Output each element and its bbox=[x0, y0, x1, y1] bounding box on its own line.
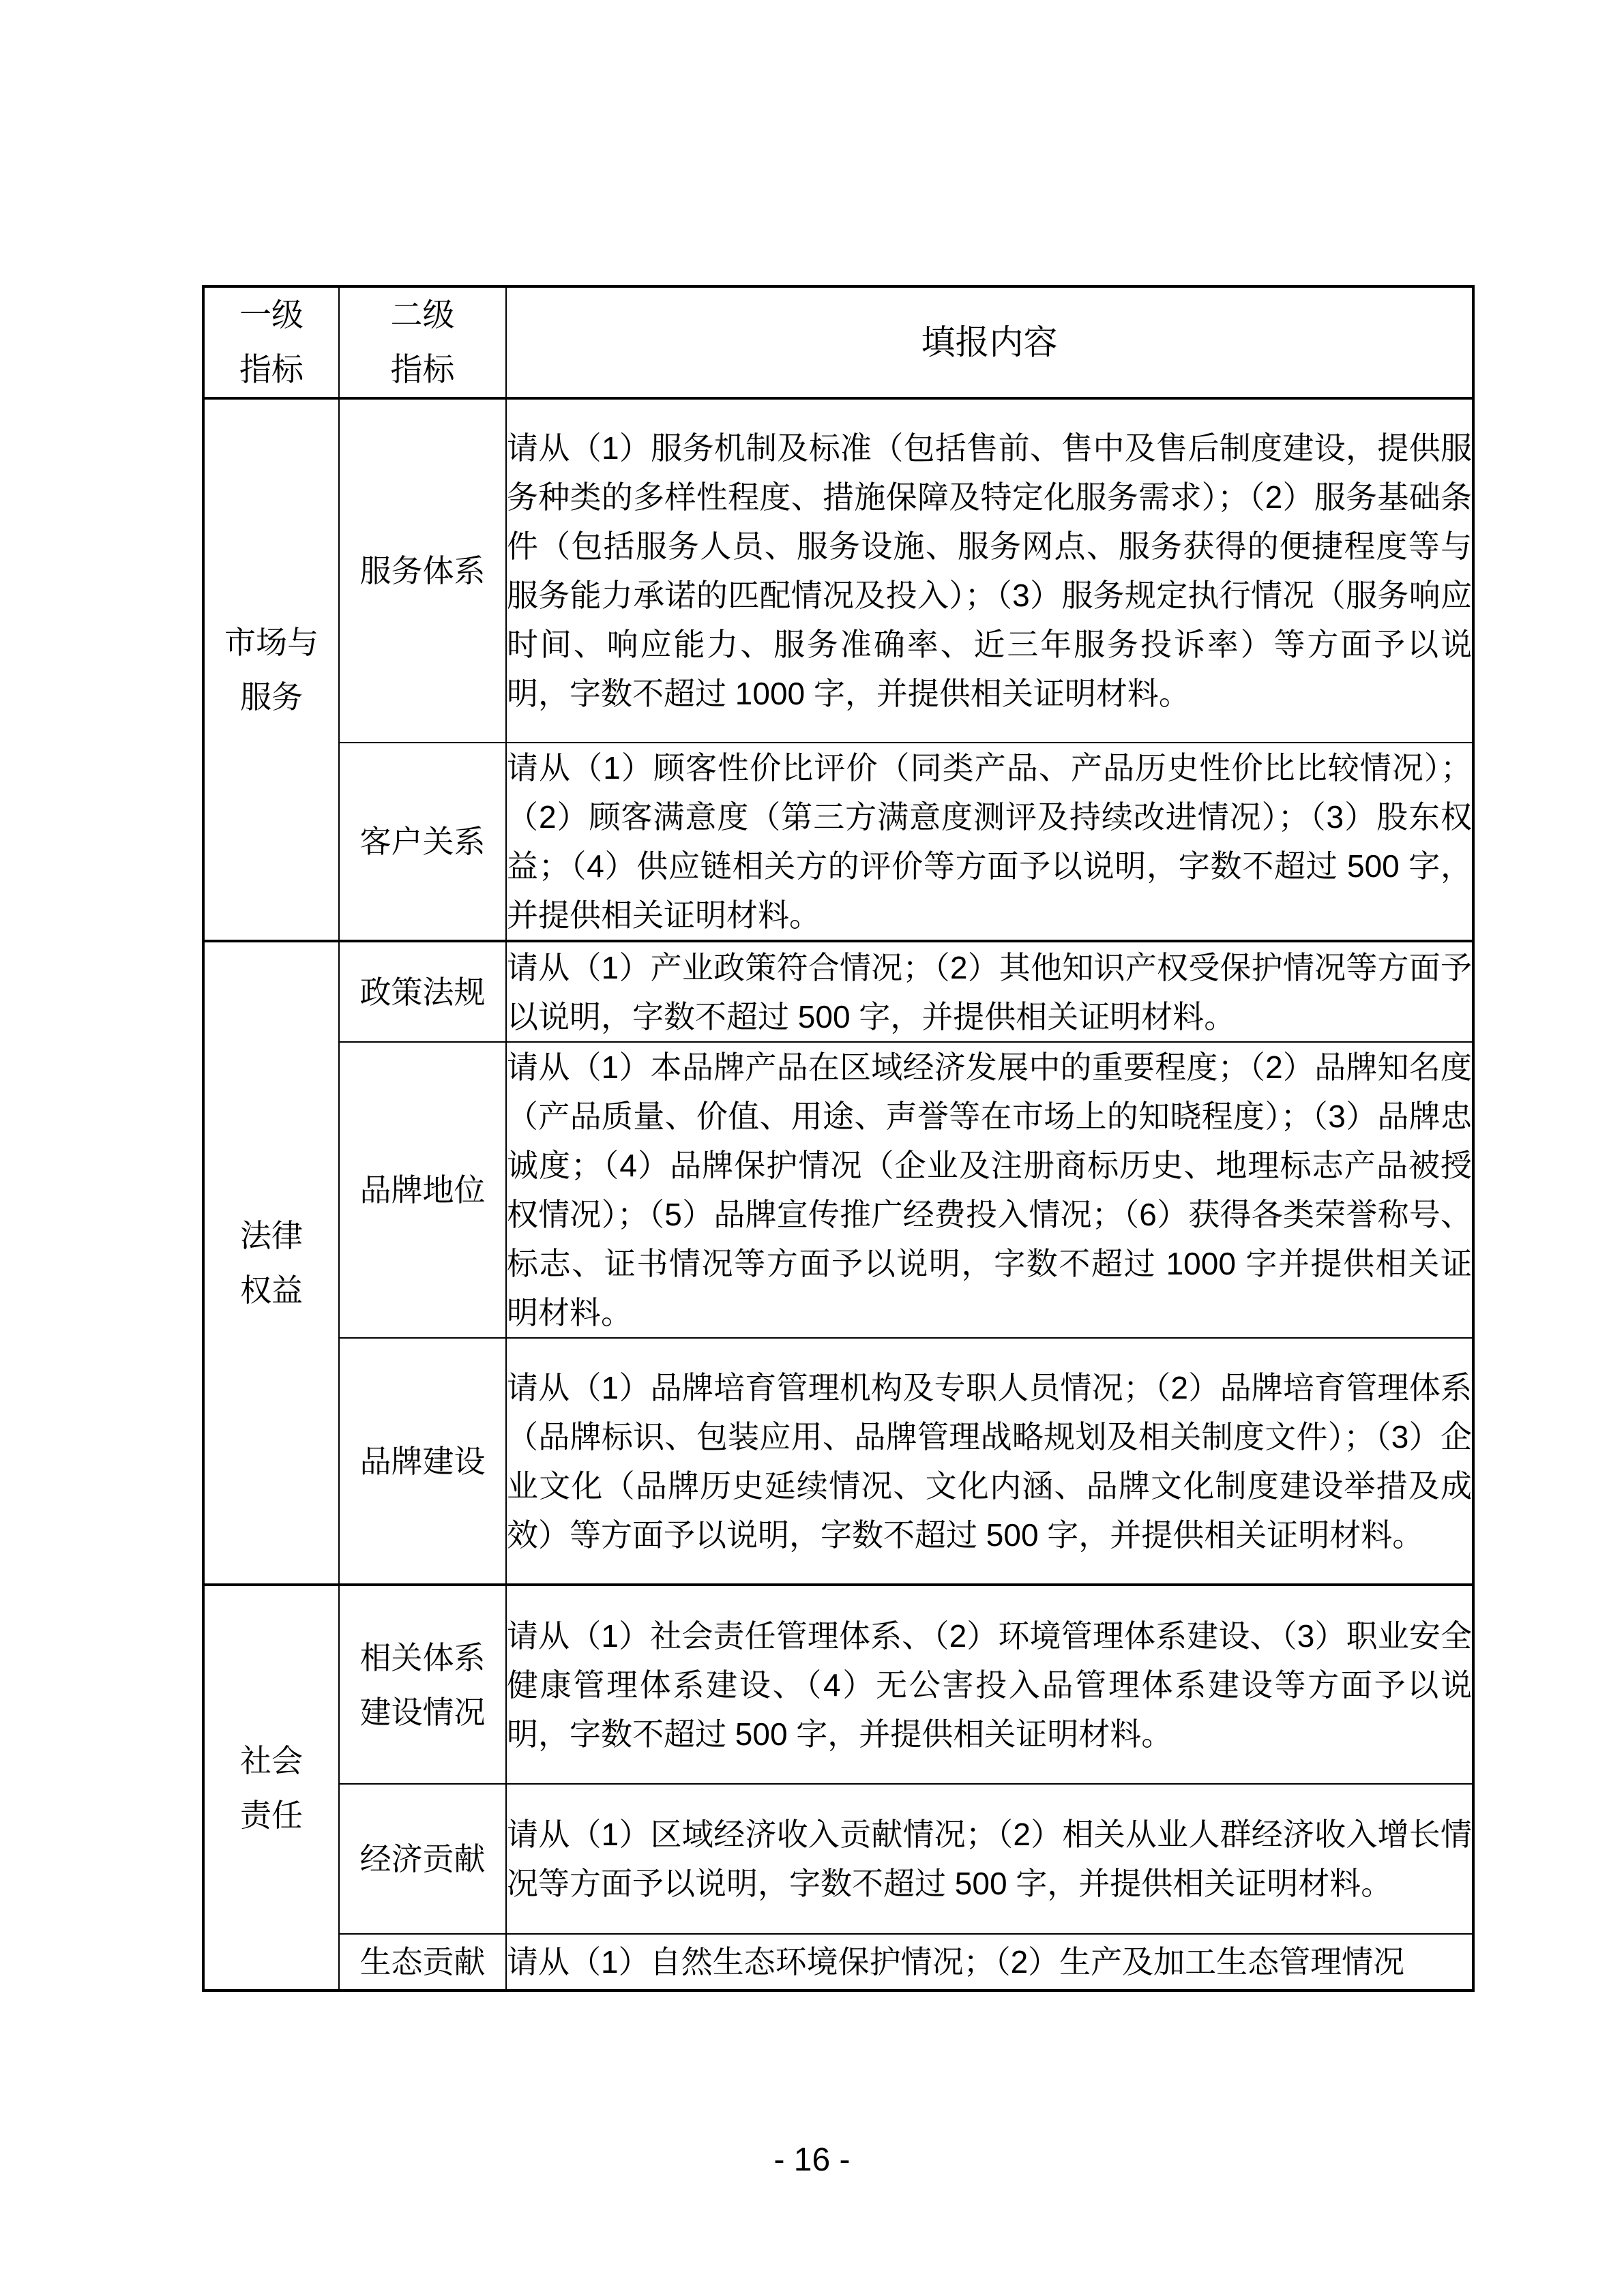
level1-cell-legal-rights: 法律 权益 bbox=[203, 941, 339, 1585]
level2-cell-brand-building: 品牌建设 bbox=[339, 1338, 506, 1585]
indicator-table: 一级 指标 二级 指标 填报内容 市场与 服务 服务体系 请从（1）服务机制及标… bbox=[202, 285, 1475, 1992]
content-cell-economic-contribution: 请从（1）区域经济收入贡献情况；（2）相关从业人群经济收入增长情况等方面予以说明… bbox=[506, 1784, 1473, 1934]
table-row: 客户关系 请从（1）顾客性价比评价（同类产品、产品历史性价比比较情况）；（2）顾… bbox=[203, 743, 1473, 941]
content-cell-ecological-contribution: 请从（1）自然生态环境保护情况；（2）生产及加工生态管理情况 bbox=[506, 1934, 1473, 1991]
table-row: 生态贡献 请从（1）自然生态环境保护情况；（2）生产及加工生态管理情况 bbox=[203, 1934, 1473, 1991]
header-level1-indicator: 一级 指标 bbox=[203, 286, 339, 398]
header-fill-content: 填报内容 bbox=[506, 286, 1473, 398]
content-cell-service-system: 请从（1）服务机制及标准（包括售前、售中及售后制度建设，提供服务种类的多样性程度… bbox=[506, 398, 1473, 743]
content-cell-policy-regulation: 请从（1）产业政策符合情况；（2）其他知识产权受保护情况等方面予以说明，字数不超… bbox=[506, 941, 1473, 1042]
table-header-row: 一级 指标 二级 指标 填报内容 bbox=[203, 286, 1473, 398]
header-level2-indicator: 二级 指标 bbox=[339, 286, 506, 398]
table-row: 品牌建设 请从（1）品牌培育管理机构及专职人员情况；（2）品牌培育管理体系（品牌… bbox=[203, 1338, 1473, 1585]
level2-cell-economic-contribution: 经济贡献 bbox=[339, 1784, 506, 1934]
page-number: - 16 - bbox=[0, 2140, 1624, 2181]
table-row: 经济贡献 请从（1）区域经济收入贡献情况；（2）相关从业人群经济收入增长情况等方… bbox=[203, 1784, 1473, 1934]
level2-cell-customer-relation: 客户关系 bbox=[339, 743, 506, 941]
content-cell-customer-relation: 请从（1）顾客性价比评价（同类产品、产品历史性价比比较情况）；（2）顾客满意度（… bbox=[506, 743, 1473, 941]
table-row: 市场与 服务 服务体系 请从（1）服务机制及标准（包括售前、售中及售后制度建设，… bbox=[203, 398, 1473, 743]
table-row: 社会 责任 相关体系 建设情况 请从（1）社会责任管理体系、（2）环境管理体系建… bbox=[203, 1585, 1473, 1784]
level2-cell-ecological-contribution: 生态贡献 bbox=[339, 1934, 506, 1991]
level1-cell-market-service: 市场与 服务 bbox=[203, 398, 339, 941]
table-row: 法律 权益 政策法规 请从（1）产业政策符合情况；（2）其他知识产权受保护情况等… bbox=[203, 941, 1473, 1042]
level2-cell-policy-regulation: 政策法规 bbox=[339, 941, 506, 1042]
level1-cell-social-responsibility: 社会 责任 bbox=[203, 1585, 339, 1991]
content-cell-brand-status: 请从（1）本品牌产品在区域经济发展中的重要程度；（2）品牌知名度（产品质量、价值… bbox=[506, 1042, 1473, 1338]
level2-cell-brand-status: 品牌地位 bbox=[339, 1042, 506, 1338]
level2-cell-service-system: 服务体系 bbox=[339, 398, 506, 743]
content-cell-related-systems: 请从（1）社会责任管理体系、（2）环境管理体系建设、（3）职业安全健康管理体系建… bbox=[506, 1585, 1473, 1784]
document-page: 一级 指标 二级 指标 填报内容 市场与 服务 服务体系 请从（1）服务机制及标… bbox=[0, 0, 1624, 2296]
content-cell-brand-building: 请从（1）品牌培育管理机构及专职人员情况；（2）品牌培育管理体系（品牌标识、包装… bbox=[506, 1338, 1473, 1585]
level2-cell-related-systems: 相关体系 建设情况 bbox=[339, 1585, 506, 1784]
table-row: 品牌地位 请从（1）本品牌产品在区域经济发展中的重要程度；（2）品牌知名度（产品… bbox=[203, 1042, 1473, 1338]
